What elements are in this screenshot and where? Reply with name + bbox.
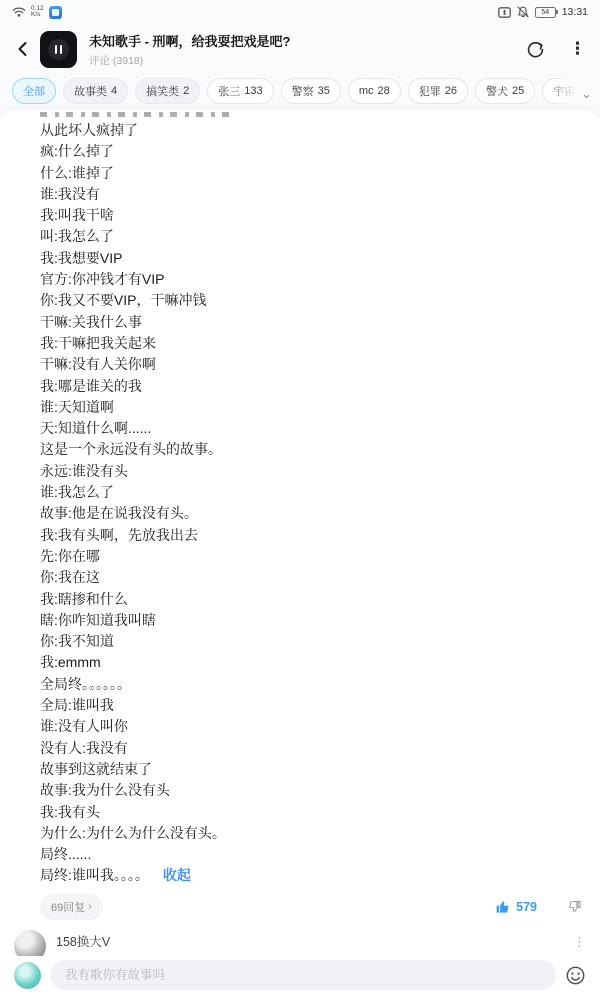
replies-arrow-icon: ›: [88, 901, 92, 913]
chips-fade: ⌄: [548, 78, 600, 108]
filter-chip-count: 4: [111, 85, 117, 97]
filter-chip-label: 搞笑类: [146, 83, 179, 99]
comment-text-line: 谁:没有人叫你: [40, 716, 580, 737]
replies-button[interactable]: 69回复 ›: [40, 894, 103, 920]
clock-time: 13:31: [562, 6, 588, 18]
filter-chip[interactable]: 犯罪 26: [408, 78, 468, 104]
comment-text-line: 干嘛:没有人关你啊: [40, 354, 580, 375]
header: 未知歌手 - 刑啊，给我耍把戏是吧? 评论 (3918) ⋮: [0, 24, 600, 74]
filter-chip-count: 25: [512, 85, 524, 97]
back-chevron-icon: [14, 40, 32, 58]
clipped-text-line: [40, 112, 235, 117]
comment-text-line: 我:叫我干啥: [40, 205, 580, 226]
song-title: 未知歌手 - 刑啊，给我耍把戏是吧?: [89, 31, 291, 50]
comment-text-line: 官方:你冲钱才有VIP: [40, 269, 580, 290]
filter-chip-label: 全部: [23, 83, 45, 99]
filter-chip[interactable]: 搞笑类 2: [135, 78, 200, 104]
comment-text-line: 为什么:为什么为什么没有头。: [40, 823, 580, 844]
commenter-username[interactable]: 158换大V: [56, 932, 156, 950]
emoji-button[interactable]: [565, 965, 586, 986]
comment-text-line: 永远:谁没有头: [40, 461, 580, 482]
emoji-smiley-icon: [565, 965, 586, 986]
comment-count-subtitle: 评论 (3918): [89, 53, 291, 68]
status-bar: 0.12 K/s 54 13:31: [0, 0, 600, 24]
notification-app-icon: [49, 6, 62, 19]
filter-chips: 全部 故事类 4 搞笑类 2 张三 133 警察 35 mc 28 犯罪 26 …: [0, 78, 600, 104]
wifi-icon: [12, 6, 26, 18]
filter-chip-count: 133: [244, 85, 262, 97]
comment-text-line: 天:知道什么啊......: [40, 418, 580, 439]
comment-text-line: 瞎:你咋知道我叫瞎: [40, 610, 580, 631]
filter-chip-label: 故事类: [74, 83, 107, 99]
comment-text-line: 全局:谁叫我: [40, 695, 580, 716]
filter-chip-label: 警犬: [486, 83, 508, 99]
filter-chip[interactable]: mc 28: [348, 78, 401, 104]
chevron-down-icon[interactable]: ⌄: [581, 87, 592, 100]
comment-text-line: 谁:我怎么了: [40, 482, 580, 503]
mute-bell-icon: [517, 6, 529, 18]
comment-text-line: 疯:什么掉了: [40, 141, 580, 162]
comment-text-line: 故事:我为什么没有头: [40, 780, 580, 801]
comment-text-line: 谁:天知道啊: [40, 397, 580, 418]
collapse-link[interactable]: 收起: [163, 867, 191, 883]
filter-chip[interactable]: 故事类 4: [63, 78, 128, 104]
comment-text-line: 先:你在哪: [40, 546, 580, 567]
comment-text-line: 故事到这就结束了: [40, 759, 580, 780]
comment-text-line: 没有人:我没有: [40, 738, 580, 759]
filter-chip[interactable]: 张三 133: [207, 78, 273, 104]
filter-chip-count: 26: [445, 85, 457, 97]
like-count: 579: [516, 900, 537, 914]
share-icon[interactable]: [526, 40, 545, 59]
comment-text-line: 我:emmm: [40, 652, 580, 673]
comment-text-line: 我:我有头啊，先放我出去: [40, 525, 580, 546]
more-menu-button[interactable]: ⋮: [569, 39, 586, 59]
sim-card-icon: [498, 7, 511, 18]
filter-chip-label: 张三: [218, 83, 240, 99]
comment-text-line: 你:我又不要VIP，干嘛冲钱: [40, 290, 580, 311]
network-speed: 0.12 K/s: [31, 6, 44, 19]
my-avatar[interactable]: [14, 962, 41, 989]
replies-label: 69回复: [51, 899, 85, 915]
comment-body: 从此坏人疯掉了疯:什么掉了什么:谁掉了谁:我没有我:叫我干啥叫:我怎么了我:我想…: [0, 117, 600, 887]
album-art-thumbnail[interactable]: [40, 31, 77, 68]
comment-text-line: 你:我在这: [40, 567, 580, 588]
filter-chip-label: 警察: [292, 83, 314, 99]
comment-text-line: 叫:我怎么了: [40, 226, 580, 247]
back-button[interactable]: [14, 34, 36, 64]
comment-text-line: 我:我有头: [40, 802, 580, 823]
filter-chip-count: 28: [378, 85, 390, 97]
thumbs-down-button[interactable]: [567, 899, 582, 914]
comment-text-line: 这是一个永远没有头的故事。: [40, 439, 580, 460]
comment-text-line: 全局终。。。。。。: [40, 674, 580, 695]
pause-icon: [48, 39, 69, 60]
comment-text-line: 局终......: [40, 844, 580, 865]
thumbs-down-icon: [567, 899, 582, 914]
thumbs-up-button[interactable]: 579: [495, 899, 537, 915]
filter-chip-label: mc: [359, 85, 374, 97]
thumbs-up-icon: [495, 899, 511, 915]
comments-sheet: 从此坏人疯掉了疯:什么掉了什么:谁掉了谁:我没有我:叫我干啥叫:我怎么了我:我想…: [0, 110, 600, 1000]
comment-text-line: 我:哪是谁关的我: [40, 376, 580, 397]
comment-text-line: 你:我不知道: [40, 631, 580, 652]
comment-text-line: 故事:他是在说我没有头。: [40, 503, 580, 524]
comment-text-line: 谁:我没有: [40, 184, 580, 205]
filter-chip[interactable]: 全部: [12, 78, 56, 104]
comment-text-line: 我:瞎掺和什么: [40, 589, 580, 610]
filter-chip-count: 2: [183, 85, 189, 97]
filter-chip[interactable]: 警察 35: [281, 78, 341, 104]
comment-text-line: 我:干嘛把我关起来: [40, 333, 580, 354]
filter-chips-bar: 全部 故事类 4 搞笑类 2 张三 133 警察 35 mc 28 犯罪 26 …: [0, 78, 600, 108]
filter-chip-count: 35: [318, 85, 330, 97]
comment-text-line: 局终:谁叫我。。。。收起: [40, 865, 580, 886]
filter-chip[interactable]: 警犬 25: [475, 78, 535, 104]
battery-icon: 54: [535, 7, 556, 18]
comment-text-line: 我:我想要VIP: [40, 248, 580, 269]
comment-text-line: 干嘛:关我什么事: [40, 312, 580, 333]
comment-text-line: 从此坏人疯掉了: [40, 120, 580, 141]
comment-footer: 69回复 › 579: [40, 894, 582, 920]
filter-chip-label: 犯罪: [419, 83, 441, 99]
comment-composer-bar: [0, 956, 600, 1000]
comment-text-line: 什么:谁掉了: [40, 163, 580, 184]
comment-input[interactable]: [50, 960, 556, 990]
